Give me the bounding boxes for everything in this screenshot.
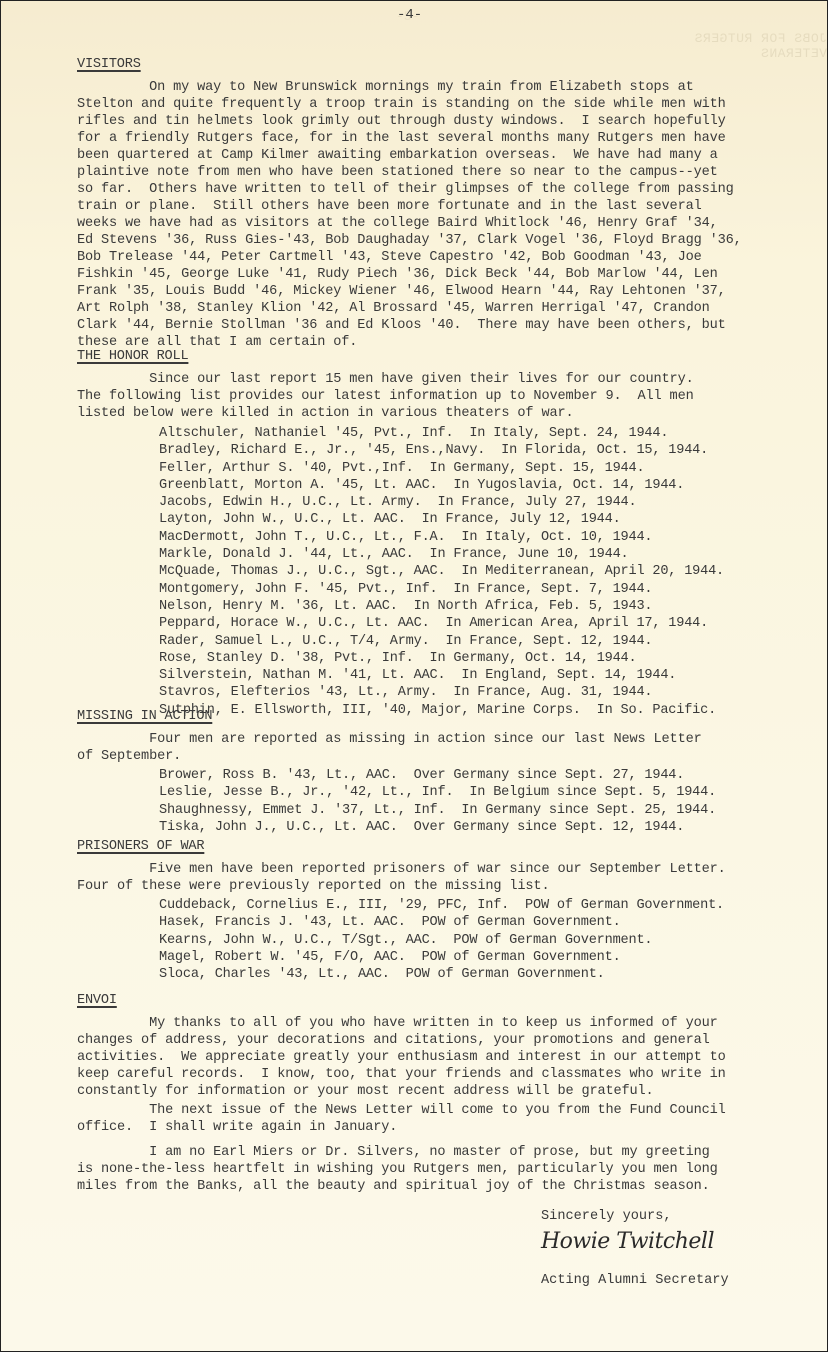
envoi-paragraph-3: I am no Earl Miers or Dr. Silvers, no ma… (77, 1144, 767, 1195)
list-entry: Silverstein, Nathan M. '41, Lt. AAC. In … (159, 667, 779, 684)
signatory-title: Acting Alumni Secretary (541, 1273, 729, 1288)
list-entry: Jacobs, Edwin H., U.C., Lt. Army. In Fra… (159, 494, 779, 511)
list-entry: Sloca, Charles '43, Lt., AAC. POW of Ger… (159, 966, 779, 983)
envoi-paragraph-1: My thanks to all of you who have written… (77, 1015, 767, 1100)
list-entry: MacDermott, John T., U.C., Lt., F.A. In … (159, 529, 779, 546)
list-entry: Shaughnessy, Emmet J. '37, Lt., Inf. In … (159, 802, 779, 819)
list-entry: Montgomery, John F. '45, Pvt., Inf. In F… (159, 581, 779, 598)
list-entry: Tiska, John J., U.C., Lt. AAC. Over Germ… (159, 819, 779, 836)
honor-roll-list: Altschuler, Nathaniel '45, Pvt., Inf. In… (159, 425, 779, 719)
list-entry: McQuade, Thomas J., U.C., Sgt., AAC. In … (159, 563, 779, 580)
list-entry: Layton, John W., U.C., Lt. AAC. In Franc… (159, 511, 779, 528)
missing-list: Brower, Ross B. '43, Lt., AAC. Over Germ… (159, 767, 779, 836)
list-entry: Stavros, Elefterios '43, Lt., Army. In F… (159, 684, 779, 701)
list-entry: Altschuler, Nathaniel '45, Pvt., Inf. In… (159, 425, 779, 442)
visitors-paragraph: On my way to New Brunswick mornings my t… (77, 79, 767, 351)
list-entry: Bradley, Richard E., Jr., '45, Ens.,Navy… (159, 442, 779, 459)
section-heading-honor-roll: THE HONOR ROLL (77, 349, 188, 364)
list-entry: Markle, Donald J. '44, Lt., AAC. In Fran… (159, 546, 779, 563)
list-entry: Hasek, Francis J. '43, Lt. AAC. POW of G… (159, 914, 779, 931)
list-entry: Leslie, Jesse B., Jr., '42, Lt., Inf. In… (159, 784, 779, 801)
list-entry: Kearns, John W., U.C., T/Sgt., AAC. POW … (159, 932, 779, 949)
list-entry: Feller, Arthur S. '40, Pvt.,Inf. In Germ… (159, 460, 779, 477)
list-entry: Peppard, Horace W., U.C., Lt. AAC. In Am… (159, 615, 779, 632)
section-heading-visitors: VISITORS (77, 57, 141, 72)
list-entry: Magel, Robert W. '45, F/O, AAC. POW of G… (159, 949, 779, 966)
missing-intro: Four men are reported as missing in acti… (77, 731, 767, 765)
page-number: -4- (397, 7, 422, 23)
list-entry: Brower, Ross B. '43, Lt., AAC. Over Germ… (159, 767, 779, 784)
honor-roll-intro: Since our last report 15 men have given … (77, 371, 767, 422)
bleed-through-heading: JOBS FOR RUTGERS VETERANS (651, 31, 827, 61)
list-entry: Rader, Samuel L., U.C., T/4, Army. In Fr… (159, 633, 779, 650)
section-heading-prisoners-of-war: PRISONERS OF WAR (77, 839, 204, 854)
list-entry: Greenblatt, Morton A. '45, Lt. AAC. In Y… (159, 477, 779, 494)
prisoners-intro: Five men have been reported prisoners of… (77, 861, 767, 895)
valediction: Sincerely yours, (541, 1209, 672, 1224)
list-entry: Rose, Stanley D. '38, Pvt., Inf. In Germ… (159, 650, 779, 667)
newsletter-page: -5- JOBS FOR RUTGERS VETERANS -4- VISITO… (0, 0, 828, 1352)
section-heading-envoi: ENVOI (77, 993, 117, 1008)
section-heading-missing-in-action: MISSING IN ACTION (77, 709, 212, 724)
handwritten-signature: Howie Twitchell (541, 1229, 714, 1254)
list-entry: Sutphin, E. Ellsworth, III, '40, Major, … (159, 702, 779, 719)
list-entry: Cuddeback, Cornelius E., III, '29, PFC, … (159, 897, 779, 914)
envoi-paragraph-2: The next issue of the News Letter will c… (77, 1102, 767, 1136)
list-entry: Nelson, Henry M. '36, Lt. AAC. In North … (159, 598, 779, 615)
prisoners-list: Cuddeback, Cornelius E., III, '29, PFC, … (159, 897, 779, 983)
